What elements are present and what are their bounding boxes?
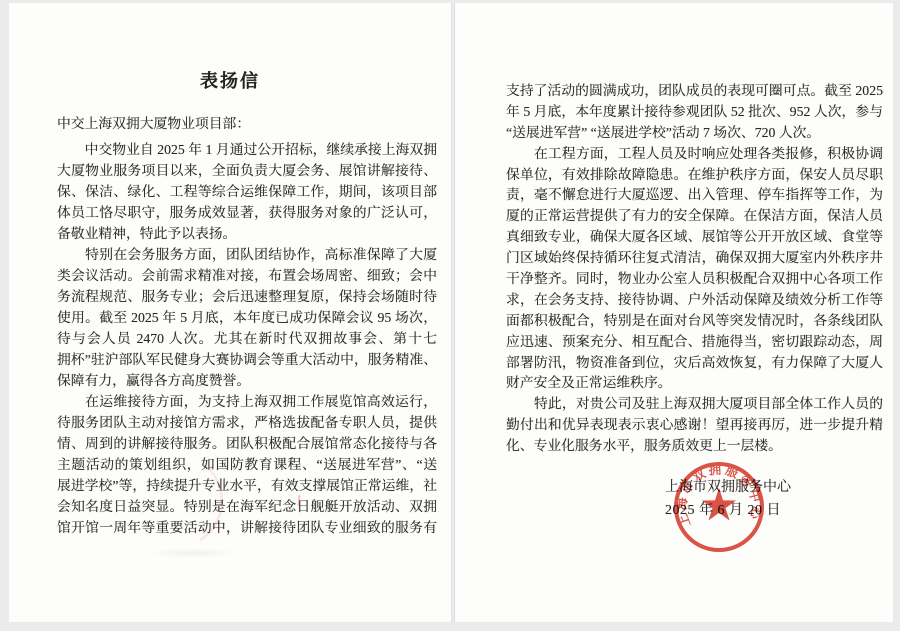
text-line: 求，在会务支持、接待协调、户外活动保障及绩效分析工作等方 — [506, 290, 883, 311]
official-seal: 上海市双拥服务中心 — [671, 459, 767, 555]
text-line: 应迅速、预案充分、相互配合、措施得当，密切跟踪动态，周密 — [506, 332, 883, 353]
text-line: 勤付出和优异表现表示衷心感谢！望再接再厉，进一步提升精细 — [506, 415, 883, 436]
letter-body-page-1: 中交物业自 2025 年 1 月通过公开招标，继续承接上海双拥大厦物业服务项目以… — [57, 139, 437, 538]
text-line: 责，毫不懈怠进行大厦巡逻、出入管理、停车指挥等工作，为大 — [506, 185, 883, 206]
letter-body-page-2: 支持了活动的圆满成功，团队成员的表现可圈可点。截至 2025年 5 月底，本年度… — [506, 3, 883, 457]
letter-page-2: 支持了活动的圆满成功，团队成员的表现可圈可点。截至 2025年 5 月底，本年度… — [454, 3, 893, 622]
text-line: 大厦物业服务项目以来，全面负责大厦会务、展馆讲解接待、安 — [57, 160, 437, 181]
text-line: 真细致专业，确保大厦各区域、展馆等公开开放区域、食堂等专 — [506, 227, 883, 248]
text-line: 务流程规范、服务专业；会后迅速整理复原，保持会场随时待命 — [57, 286, 437, 307]
text-line: 主题活动的策划组织，如国防教育课程、“送展进军营”、“送 — [57, 454, 437, 475]
text-line: 面都积极配合，特别是在面对台风等突发情况时，各条线团队反 — [506, 311, 883, 332]
text-line: 情、周到的讲解接待服务。团队积极配合展馆常态化接待与各类 — [57, 433, 437, 454]
seal-star-icon — [702, 488, 736, 521]
text-line: 保单位，有效排除故障隐患。在维护秩序方面，保安人员尽职尽 — [506, 165, 883, 186]
letter-salutation: 中交上海双拥大厦物业项目部： — [57, 113, 437, 134]
text-line: 厦的正常运营提供了有力的安全保障。在保洁方面，保洁人员认 — [506, 206, 883, 227]
text-line: 展进学校”等，持续提升专业水平，有效支撑展馆正常运维，社 — [57, 475, 437, 496]
text-line: 备敬业精神，特此予以表扬。 — [57, 223, 437, 244]
text-line: 保障有力，赢得各方高度赞誉。 — [57, 370, 437, 391]
scan-smudge — [149, 548, 239, 558]
text-line: 在运维接待方面，为支持上海双拥工作展览馆高效运行，接 — [57, 391, 437, 412]
text-line: 财产安全及正常运维秩序。 — [506, 373, 883, 394]
text-line: 保、保洁、绿化、工程等综合运维保障工作，期间，该项目部全 — [57, 181, 437, 202]
text-line: 年 5 月底，本年度累计接待参观团队 52 批次、952 人次，参与 — [506, 102, 883, 123]
text-line: 体员工恪尽职守，服务成效显著，获得服务对象的广泛认可，具 — [57, 202, 437, 223]
text-line: 使用。截至 2025 年 5 月底，本年度已成功保障会议 95 场次，接 — [57, 307, 437, 328]
text-line: 拥杯”驻沪部队军民健身大赛协调会等重大活动中，服务精准、 — [57, 349, 437, 370]
text-line: 待服务团队主动对接馆方需求，严格选拔配备专职人员，提供热 — [57, 412, 437, 433]
text-line: 特此，对贵公司及驻上海双拥大厦项目部全体工作人员的辛 — [506, 394, 883, 415]
letter-title: 表扬信 — [9, 3, 451, 97]
text-line: 中交物业自 2025 年 1 月通过公开招标，继续承接上海双拥 — [57, 139, 437, 160]
text-line: 化、专业化服务水平，服务质效更上一层楼。 — [506, 436, 883, 457]
text-line: 会知名度日益突显。特别是在海军纪念日舰艇开放活动、双拥展 — [57, 496, 437, 517]
letter-page-1: 表扬信 中交上海双拥大厦物业项目部： 中交物业自 2025 年 1 月通过公开招… — [9, 3, 452, 622]
text-line: 门区域始终保持循环往复式清洁，确保双拥大厦室内外秩序井然、 — [506, 248, 883, 269]
text-line: 在工程方面，工程人员及时响应处理各类报修，积极协调维 — [506, 144, 883, 165]
text-line: 待与会人员 2470 人次。尤其在新时代双拥故事会、第十七届“双 — [57, 328, 437, 349]
text-line: 类会议活动。会前需求精准对接，布置会场周密、细致；会中服 — [57, 265, 437, 286]
text-line: 馆开馆一周年等重要活动中，讲解接待团队专业细致的服务有力 — [57, 517, 437, 538]
text-line: 特别在会务服务方面，团队团结协作，高标准保障了大厦各 — [57, 244, 437, 265]
text-line: 干净整齐。同时，物业办公室人员积极配合双拥中心各项工作需 — [506, 269, 883, 290]
scanned-letter: 表扬信 中交上海双拥大厦物业项目部： 中交物业自 2025 年 1 月通过公开招… — [0, 0, 900, 631]
text-line: 支持了活动的圆满成功，团队成员的表现可圈可点。截至 2025 — [506, 81, 883, 102]
text-line: 部署防汛，物资准备到位，灾后高效恢复，有力保障了大厦人员、 — [506, 353, 883, 374]
text-line: “送展进军营” “送展进学校”活动 7 场次、720 人次。 — [506, 123, 883, 144]
